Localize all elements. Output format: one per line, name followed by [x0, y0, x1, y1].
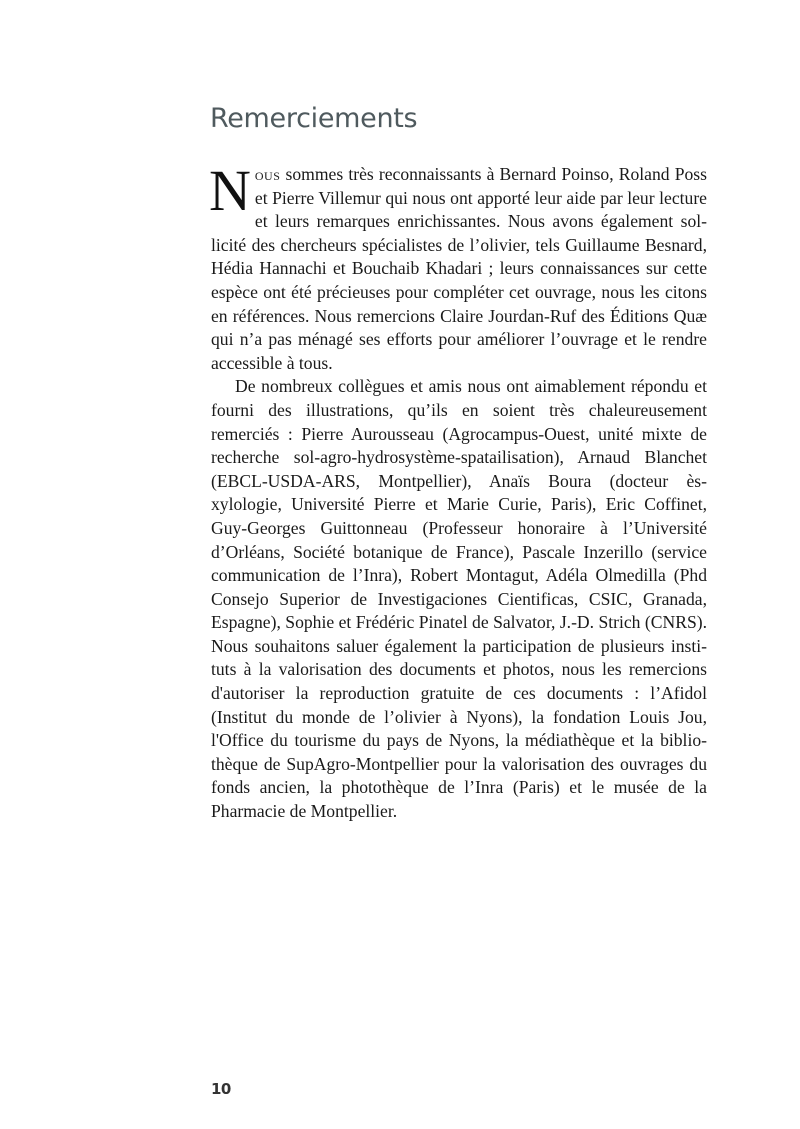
paragraph-1-text: sommes très reconnaissants à Bernard Poi…: [211, 164, 707, 373]
page-number: 10: [211, 1080, 231, 1098]
acknowledgements-body: Nous sommes très reconnaissants à Bernar…: [211, 163, 707, 824]
smallcaps-lead: ous: [255, 164, 281, 184]
document-page: Remerciements Nous sommes très reconnais…: [0, 0, 800, 1129]
paragraph-2: De nombreux collègues et amis nous ont a…: [211, 375, 707, 823]
page-title: Remerciements: [210, 103, 417, 134]
drop-cap: N: [209, 167, 251, 213]
paragraph-1: Nous sommes très reconnaissants à Bernar…: [211, 163, 707, 375]
